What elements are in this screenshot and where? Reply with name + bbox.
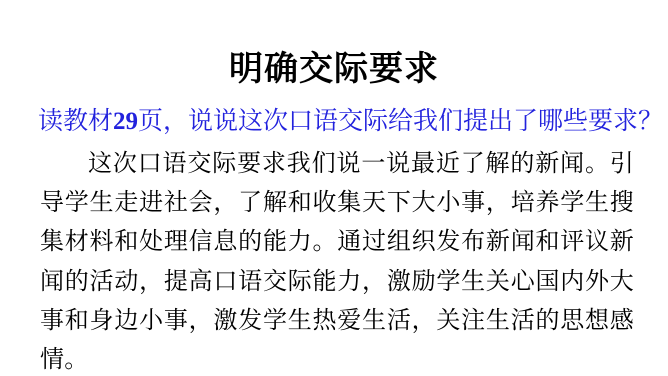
question-line: 读教材29页，说说这次口语交际给我们提出了哪些要求？: [38, 105, 640, 138]
question-prefix: 读教材: [38, 108, 113, 135]
presentation-slide: 明确交际要求 读教材29页，说说这次口语交际给我们提出了哪些要求？ 这次口语交际…: [0, 0, 668, 376]
question-suffix: 页，说说这次口语交际给我们提出了哪些要求？: [138, 108, 663, 135]
body-paragraph: 这次口语交际要求我们说一说最近了解的新闻。引导学生走进社会，了解和收集天下大小事…: [40, 145, 634, 376]
slide-title: 明确交际要求: [0, 48, 668, 90]
question-page-number: 29: [113, 108, 138, 135]
